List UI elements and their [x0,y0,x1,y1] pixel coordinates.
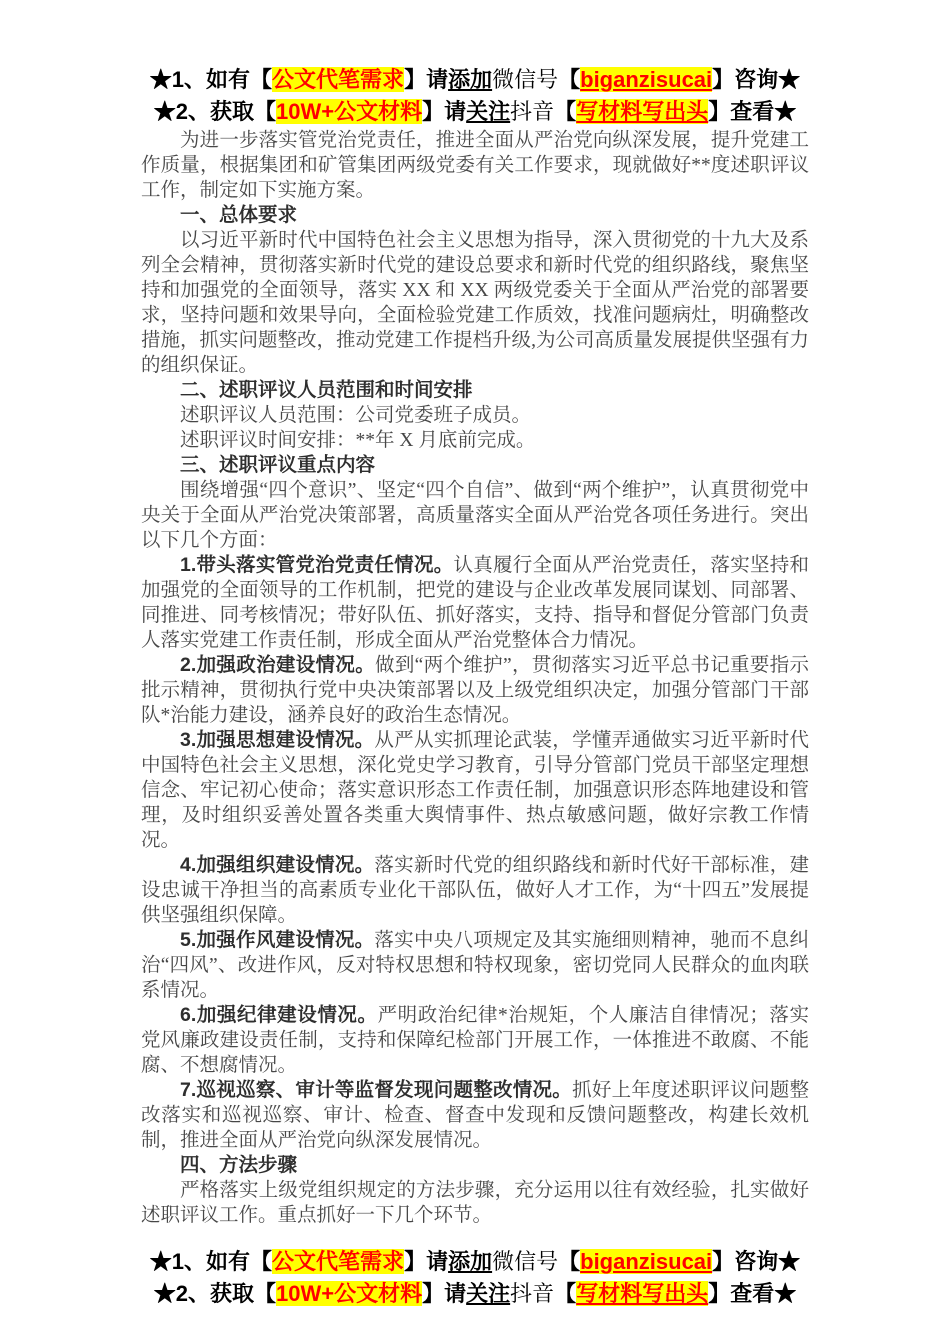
paragraph: 述职评议人员范围：公司党委班子成员。 [141,403,809,428]
text-segment: 【 [554,1281,576,1306]
promo-line: ★1、如有【公文代笔需求】请添加微信号【biganzisucai】咨询★ [141,1246,809,1278]
paragraph: 5.加强作风建设情况。落实中央八项规定及其实施细则精神，驰而不息纠治“四风”、改… [141,928,809,1003]
section-heading: 二、述职评议人员范围和时间安排 [141,378,809,403]
paragraph: 6.加强纪律建设情况。严明政治纪律*治规矩，个人廉洁自律情况；落实党风廉政建设责… [141,1003,809,1078]
text-segment: 关注 [466,99,510,124]
text-segment: 三、述职评议重点内容 [180,454,375,476]
text-segment: 公文代笔需求 [272,67,404,92]
text-segment: 3.加强思想建设情况。 [180,729,374,751]
text-segment: 】请 [422,1281,466,1306]
text-segment: 围绕增强“四个意识”、坚定“四个自信”、做到“两个维护”，认真贯彻党中央关于全面… [141,480,809,551]
paragraph: 2.加强政治建设情况。做到“两个维护”，贯彻落实习近平总书记重要指示批示精神，贯… [141,653,809,728]
text-segment: 写材料写出头 [576,99,708,124]
text-segment: 微信号 [492,1249,558,1274]
text-segment: 添加 [448,67,492,92]
promo-line: ★2、获取【10W+公文材料】请关注抖音【写材料写出头】查看★ [141,96,809,128]
text-segment: 述职评议时间安排：**年 X 月底前完成。 [180,430,535,451]
paragraph: 4.加强组织建设情况。落实新时代党的组织路线和新时代好干部标准，建设忠诚干净担当… [141,853,809,928]
text-segment: 微信号 [492,67,558,92]
text-segment: 2.加强政治建设情况。 [180,654,375,676]
paragraph: 围绕增强“四个意识”、坚定“四个自信”、做到“两个维护”，认真贯彻党中央关于全面… [141,478,809,553]
promo-footer: ★1、如有【公文代笔需求】请添加微信号【biganzisucai】咨询★★2、获… [141,1246,809,1310]
promo-line: ★1、如有【公文代笔需求】请添加微信号【biganzisucai】咨询★ [141,64,809,96]
text-segment: 严格落实上级党组织规定的方法步骤，充分运用以往有效经验，扎实做好述职评议工作。重… [141,1180,809,1226]
page-content: ★1、如有【公文代笔需求】请添加微信号【biganzisucai】咨询★★2、获… [141,64,809,1310]
section-heading: 四、方法步骤 [141,1153,809,1178]
text-segment: 】请 [404,1249,448,1274]
text-segment: biganzisucai [580,1249,712,1274]
text-segment: 写材料写出头 [576,1281,708,1306]
paragraph: 严格落实上级党组织规定的方法步骤，充分运用以往有效经验，扎实做好述职评议工作。重… [141,1178,809,1228]
text-segment: 】查看★ [708,99,796,124]
paragraph: 述职评议时间安排：**年 X 月底前完成。 [141,428,809,453]
text-segment: 添加 [448,1249,492,1274]
text-segment: 抖音 [510,99,554,124]
text-segment: 公文代笔需求 [272,1249,404,1274]
text-segment: 二、述职评议人员范围和时间安排 [180,379,473,401]
text-segment: 】请 [404,67,448,92]
text-segment: 】请 [422,99,466,124]
section-heading: 三、述职评议重点内容 [141,453,809,478]
text-segment: 【 [558,67,580,92]
text-segment: 述职评议人员范围：公司党委班子成员。 [180,405,531,426]
paragraph: 7.巡视巡察、审计等监督发现问题整改情况。抓好上年度述职评议问题整改落实和巡视巡… [141,1078,809,1153]
text-segment: 关注 [466,1281,510,1306]
text-segment: 】查看★ [708,1281,796,1306]
text-segment: ★1、如有【 [150,67,272,92]
paragraph: 以习近平新时代中国特色社会主义思想为指导，深入贯彻党的十九大及系列全会精神，贯彻… [141,228,809,378]
text-segment: 10W+公文材料 [276,99,422,124]
text-segment: 1.带头落实管党治党责任情况。 [180,554,453,576]
document-body: 为进一步落实管党治党责任，推进全面从严治党向纵深发展，提升党建工作质量，根据集团… [141,128,809,1228]
text-segment: 抖音 [510,1281,554,1306]
paragraph: 1.带头落实管党治党责任情况。认真履行全面从严治党责任，落实坚持和加强党的全面领… [141,553,809,653]
text-segment: 5.加强作风建设情况。 [180,929,374,951]
text-segment: 【 [558,1249,580,1274]
text-segment: ★2、获取【 [154,1281,276,1306]
paragraph: 为进一步落实管党治党责任，推进全面从严治党向纵深发展，提升党建工作质量，根据集团… [141,128,809,203]
text-segment: 为进一步落实管党治党责任，推进全面从严治党向纵深发展，提升党建工作质量，根据集团… [141,130,809,201]
text-segment: 】咨询★ [712,1249,800,1274]
paragraph: 3.加强思想建设情况。从严从实抓理论武装，学懂弄通做实习近平新时代中国特色社会主… [141,728,809,853]
text-segment: 四、方法步骤 [180,1154,297,1176]
document-page: ★1、如有【公文代笔需求】请添加微信号【biganzisucai】咨询★★2、获… [0,0,950,1344]
section-heading: 一、总体要求 [141,203,809,228]
promo-header: ★1、如有【公文代笔需求】请添加微信号【biganzisucai】咨询★★2、获… [141,64,809,128]
promo-line: ★2、获取【10W+公文材料】请关注抖音【写材料写出头】查看★ [141,1278,809,1310]
text-segment: ★1、如有【 [150,1249,272,1274]
text-segment: biganzisucai [580,67,712,92]
text-segment: 【 [554,99,576,124]
text-segment: 一、总体要求 [180,204,297,226]
text-segment: 6.加强纪律建设情况。 [180,1004,378,1026]
text-segment: 10W+公文材料 [276,1281,422,1306]
text-segment: 】咨询★ [712,67,800,92]
text-segment: 以习近平新时代中国特色社会主义思想为指导，深入贯彻党的十九大及系列全会精神，贯彻… [141,230,809,376]
text-segment: 7.巡视巡察、审计等监督发现问题整改情况。 [180,1079,572,1101]
text-segment: ★2、获取【 [154,99,276,124]
text-segment: 4.加强组织建设情况。 [180,854,374,876]
